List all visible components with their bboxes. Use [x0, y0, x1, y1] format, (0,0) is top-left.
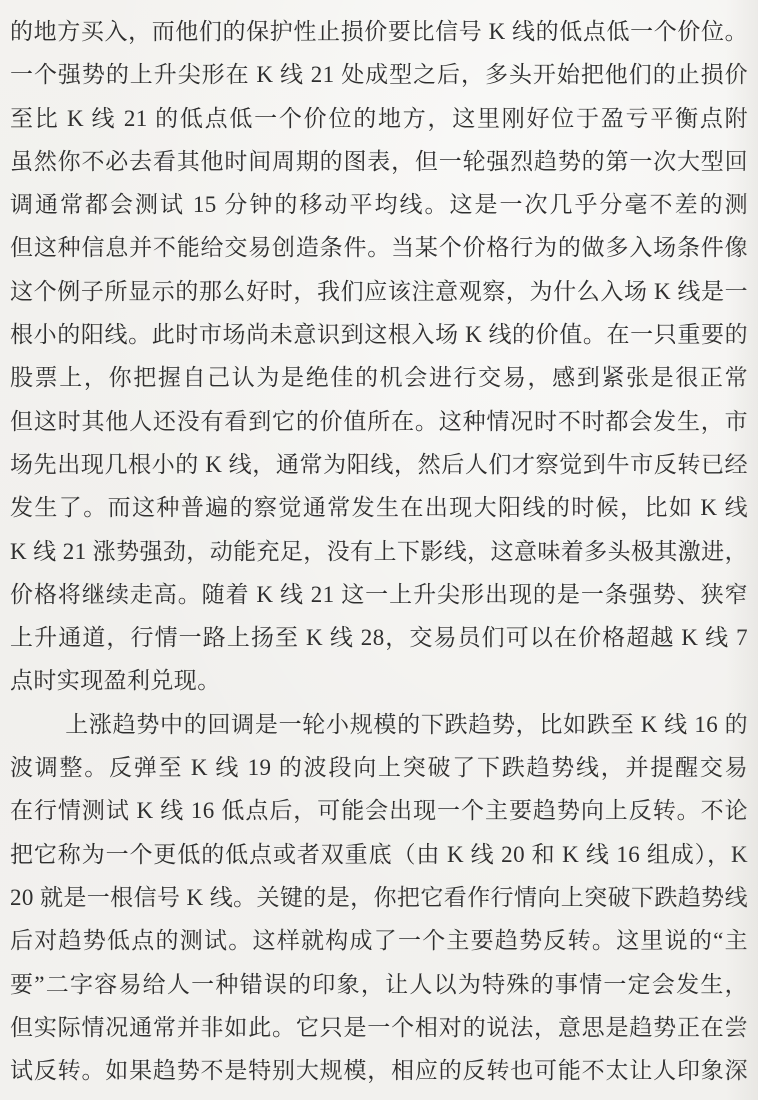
- text-line: 但这种信息并不能给交易创造条件。当某个价格行为的做多入场条件像: [10, 226, 748, 269]
- text-line: 把它称为一个更低的低点或者双重底（由 K 线 20 和 K 线 16 组成），K…: [10, 833, 748, 876]
- text-line: 价格将继续走高。随着 K 线 21 这一上升尖形出现的是一条强势、狭窄的: [10, 573, 748, 616]
- text-line: 至比 K 线 21 的低点低一个价位的地方，这里刚好位于盈亏平衡点附近。: [10, 97, 748, 140]
- text-line: 场先出现几根小的 K 线，通常为阳线，然后人们才察觉到牛市反转已经: [10, 443, 748, 486]
- text-line: 股票上，你把握自己认为是绝佳的机会进行交易，感到紧张是很正常的，: [10, 356, 748, 399]
- paragraph: 的地方买入，而他们的保护性止损价要比信号 K 线的低点低一个价位。一个强势的上升…: [10, 10, 748, 703]
- text-line: 后对趋势低点的测试。这样就构成了一个主要趋势反转。这里说的“主: [10, 919, 748, 962]
- text-line: 在行情测试 K 线 16 低点后，可能会出现一个主要趋势向上反转。不论你: [10, 789, 748, 832]
- text-line: 20 就是一根信号 K 线。关键的是，你把它看作行情向上突破下跌趋势线: [10, 876, 748, 919]
- text-line: 这个例子所显示的那么好时，我们应该注意观察，为什么入场 K 线是一: [10, 270, 748, 313]
- text-line: 波调整。反弹至 K 线 19 的波段向上突破了下跌趋势线，并提醒交易员，: [10, 746, 748, 789]
- book-page: 的地方买入，而他们的保护性止损价要比信号 K 线的低点低一个价位。一个强势的上升…: [0, 0, 758, 1100]
- text-line: 一个强势的上升尖形在 K 线 21 处成型之后，多头开始把他们的止损价移: [10, 53, 748, 96]
- text-line: 调通常都会测试 15 分钟的移动平均线。这是一次几乎分毫不差的测试，: [10, 183, 748, 226]
- text-line: 要”二字容易给人一种错误的印象，让人以为特殊的事情一定会发生，: [10, 963, 748, 1006]
- text-line: K 线 21 涨势强劲，动能充足，没有上下影线，这意味着多头极其激进，: [10, 530, 748, 573]
- text-block: 的地方买入，而他们的保护性止损价要比信号 K 线的低点低一个价位。一个强势的上升…: [10, 10, 748, 1092]
- text-line: 但实际情况通常并非如此。它只是一个相对的说法，意思是趋势正在尝: [10, 1006, 748, 1049]
- text-line: 试反转。如果趋势不是特别大规模，相应的反转也可能不太让人印象深: [10, 1049, 748, 1092]
- text-line: 但这时其他人还没有看到它的价值所在。这种情况时不时都会发生，市: [10, 400, 748, 443]
- text-line: 的地方买入，而他们的保护性止损价要比信号 K 线的低点低一个价位。: [10, 10, 748, 53]
- text-line: 发生了。而这种普遍的察觉通常发生在出现大阳线的时候，比如 K 线 21。: [10, 486, 748, 529]
- text-line: 根小的阳线。此时市场尚未意识到这根入场 K 线的价值。在一只重要的: [10, 313, 748, 356]
- text-line: 虽然你不必去看其他时间周期的图表，但一轮强烈趋势的第一次大型回: [10, 140, 748, 183]
- text-line: 上升通道，行情一路上扬至 K 线 28，交易员们可以在价格超越 K 线 7 高: [10, 616, 748, 659]
- text-line: 点时实现盈利兑现。: [10, 659, 748, 702]
- text-line: 上涨趋势中的回调是一轮小规模的下跌趋势，比如跌至 K 线 16 的这: [10, 703, 748, 746]
- paragraph: 上涨趋势中的回调是一轮小规模的下跌趋势，比如跌至 K 线 16 的这波调整。反弹…: [10, 703, 748, 1093]
